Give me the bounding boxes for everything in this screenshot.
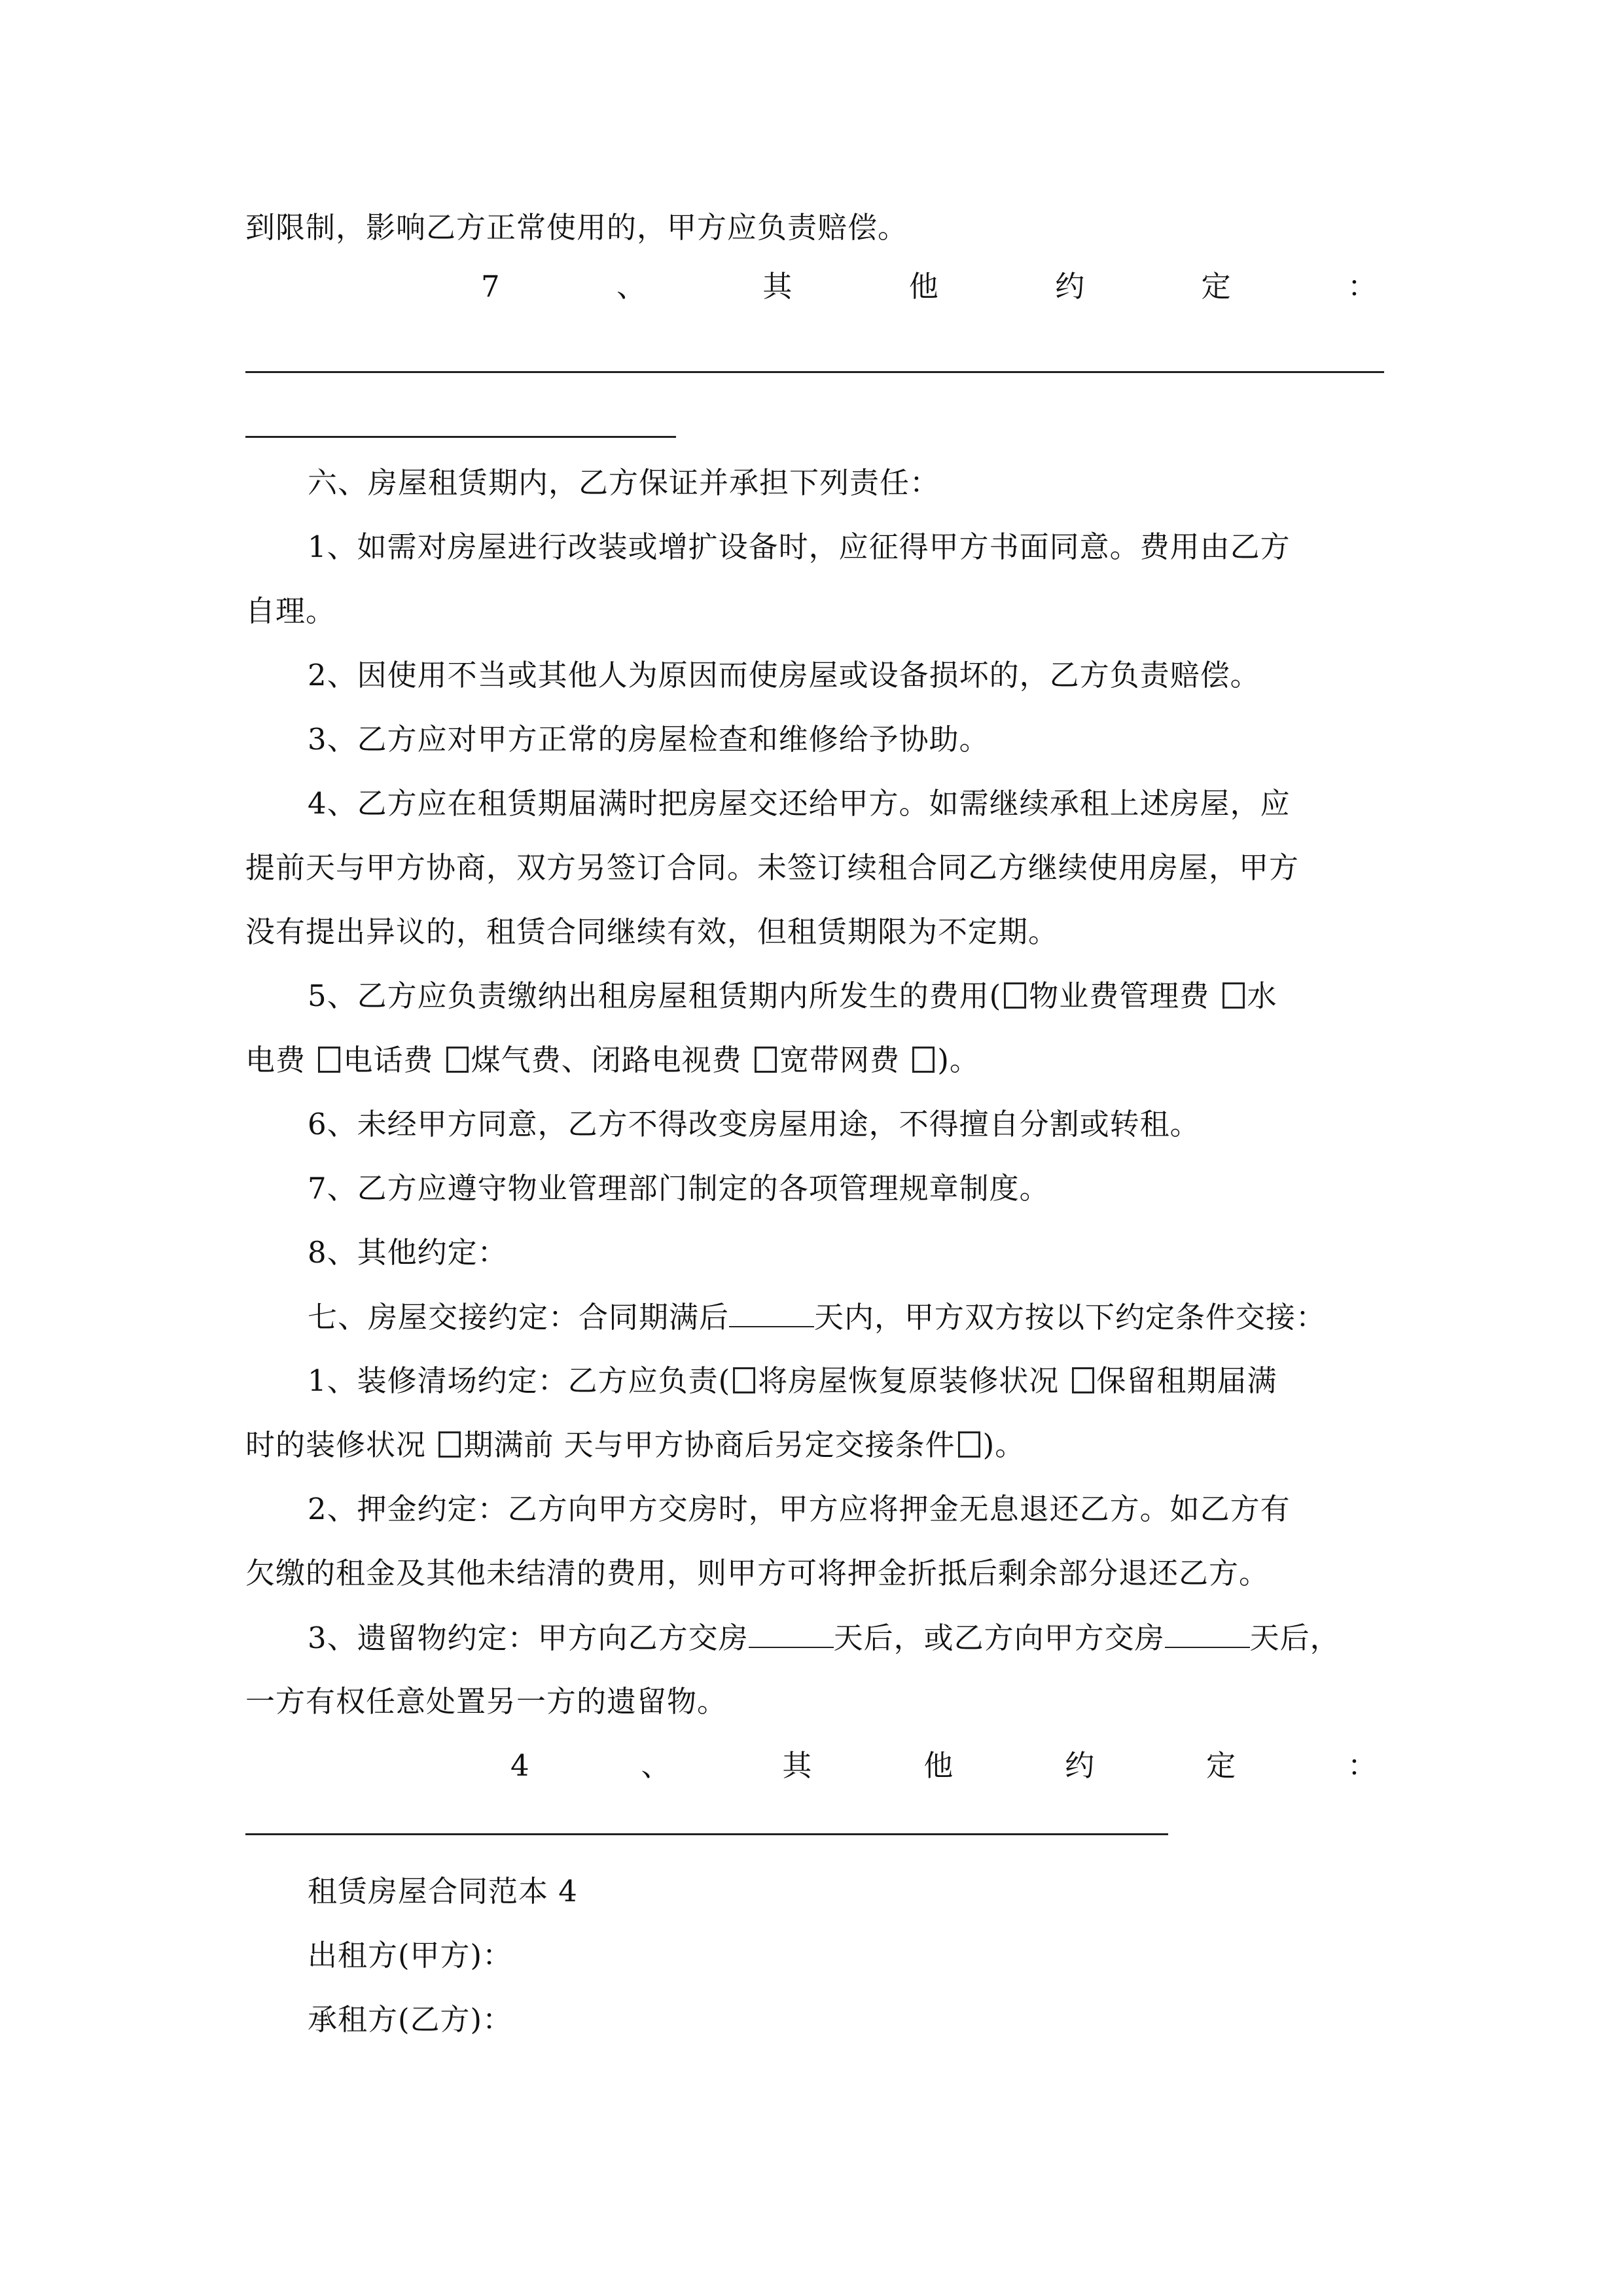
lessor-label: 出租方(甲方)： <box>308 1936 1378 1975</box>
section-7-item-3-cont: 一方有权任意处置另一方的遗留物。 <box>245 1682 1378 1721</box>
spread-char: 其 <box>782 1746 812 1785</box>
fill-in-blank[interactable] <box>729 1297 814 1327</box>
section-7-item-1: 1、装修清场约定：乙方应负责(将房屋恢复原装修状况 保留租期届满 <box>308 1361 1378 1401</box>
spread-char: 、 <box>641 1746 671 1785</box>
checkbox-label: 水 <box>1247 978 1277 1013</box>
checkbox-label: 宽带网费 <box>779 1043 900 1077</box>
spread-char: 定 <box>1202 267 1232 306</box>
checkbox-label: 物业费管理费 <box>1029 978 1209 1013</box>
fill-in-line[interactable] <box>245 1833 1168 1835</box>
item-text: 七、房屋交接约定：合同期满后 <box>308 1300 729 1335</box>
section-6-item-4: 4、乙方应在租赁期届满时把房屋交还给甲方。如需继续承租上述房屋，应 <box>308 784 1378 823</box>
item-text: 天后， <box>1250 1621 1340 1655</box>
fill-in-line[interactable] <box>245 371 1384 373</box>
other-agreement-7-heading: 7 、 其 他 约 定 ： <box>245 267 1378 306</box>
lessee-label: 承租方(乙方)： <box>308 2000 1378 2039</box>
checkbox-label: 保留租期届满 <box>1097 1363 1277 1398</box>
section-7-item-3: 3、遗留物约定：甲方向乙方交房天后，或乙方向甲方交房天后， <box>308 1618 1378 1658</box>
spread-char: 7 <box>481 267 501 306</box>
paragraph-line: 到限制，影响乙方正常使用的，甲方应负责赔偿。 <box>245 208 1378 247</box>
checkbox-label: 电话费 <box>343 1043 433 1077</box>
item-text: 天后，或乙方向甲方交房 <box>834 1621 1165 1655</box>
checkbox[interactable] <box>958 1431 980 1458</box>
checkbox[interactable] <box>1072 1367 1094 1393</box>
checkbox[interactable] <box>438 1431 461 1458</box>
item-text: )。 <box>983 1427 1026 1462</box>
section-6-item-1: 1、如需对房屋进行改装或增扩设备时，应征得甲方书面同意。费用由乙方 <box>308 528 1378 567</box>
checkbox[interactable] <box>1222 982 1245 1009</box>
checkbox[interactable] <box>912 1047 935 1073</box>
spread-char: 其 <box>762 267 793 306</box>
document-page: 到限制，影响乙方正常使用的，甲方应负责赔偿。 7 、 其 他 约 定 ： 六、房… <box>0 0 1623 2296</box>
item-text: 天内，甲方双方按以下约定条件交接： <box>814 1300 1326 1335</box>
spread-char: ： <box>1347 1746 1378 1785</box>
item-text: 5、乙方应负责缴纳出租房屋租赁期内所发生的费用( <box>308 978 1001 1013</box>
section-6-item-2: 2、因使用不当或其他人为原因而使房屋或设备损坏的，乙方负责赔偿。 <box>308 656 1378 695</box>
checkbox[interactable] <box>318 1047 340 1073</box>
section-7-item-2-cont: 欠缴的租金及其他未结清的费用，则甲方可将押金折抵后剩余部分退还乙方。 <box>245 1554 1378 1593</box>
checkbox[interactable] <box>755 1047 777 1073</box>
section-7-item-2: 2、押金约定：乙方向甲方交房时，甲方应将押金无息退还乙方。如乙方有 <box>308 1490 1378 1529</box>
checkbox-label: 期满前 天与甲方协商后另定交接条件 <box>463 1427 955 1462</box>
section-7-item-1-cont: 时的装修状况 期满前 天与甲方协商后另定交接条件)。 <box>245 1426 1378 1465</box>
section-7-heading: 七、房屋交接约定：合同期满后天内，甲方双方按以下约定条件交接： <box>308 1297 1378 1337</box>
contract-4-title: 租赁房屋合同范本 4 <box>308 1872 1378 1911</box>
fill-in-blank[interactable] <box>749 1618 834 1648</box>
section-6-item-3: 3、乙方应对甲方正常的房屋检查和维修给予协助。 <box>308 720 1378 759</box>
checkbox[interactable] <box>733 1367 755 1393</box>
other-agreement-4-heading: 4 、 其 他 约 定 ： <box>245 1746 1378 1785</box>
section-6-item-6: 6、未经甲方同意，乙方不得改变房屋用途，不得擅自分割或转租。 <box>308 1105 1378 1144</box>
item-text: 3、遗留物约定：甲方向乙方交房 <box>308 1621 749 1655</box>
checkbox-label: 时的装修状况 <box>245 1427 426 1462</box>
section-6-item-5: 5、乙方应负责缴纳出租房屋租赁期内所发生的费用(物业费管理费 水 <box>308 977 1378 1016</box>
fill-in-line[interactable] <box>245 436 676 438</box>
checkbox-label: 电费 <box>245 1043 306 1077</box>
spread-char: 他 <box>923 1746 954 1785</box>
item-text: )。 <box>937 1043 980 1077</box>
section-6-item-8: 8、其他约定： <box>308 1233 1378 1272</box>
spread-char: 约 <box>1055 267 1085 306</box>
spread-char: 4 <box>510 1746 530 1785</box>
checkbox[interactable] <box>446 1047 469 1073</box>
section-6-item-5-cont: 电费 电话费 煤气费、闭路电视费 宽带网费 )。 <box>245 1041 1378 1080</box>
spread-char: 他 <box>909 267 939 306</box>
checkbox[interactable] <box>1004 982 1026 1009</box>
checkbox-label: 将房屋恢复原装修状况 <box>758 1363 1059 1398</box>
spread-char: 定 <box>1206 1746 1236 1785</box>
item-text: 1、装修清场约定：乙方应负责( <box>308 1363 730 1398</box>
section-6-heading: 六、房屋租赁期内，乙方保证并承担下列责任： <box>308 463 1378 503</box>
section-6-item-4-cont: 没有提出异议的，租赁合同继续有效，但租赁期限为不定期。 <box>245 912 1378 952</box>
spread-char: 、 <box>616 267 647 306</box>
checkbox-label: 煤气费、闭路电视费 <box>471 1043 742 1077</box>
section-6-item-7: 7、乙方应遵守物业管理部门制定的各项管理规章制度。 <box>308 1169 1378 1208</box>
section-6-item-4-cont: 提前天与甲方协商，双方另签订合同。未签订续租合同乙方继续使用房屋，甲方 <box>245 848 1378 888</box>
section-6-item-1-cont: 自理。 <box>245 592 1378 631</box>
spread-char: ： <box>1347 267 1378 306</box>
fill-in-blank[interactable] <box>1165 1618 1250 1648</box>
spread-char: 约 <box>1065 1746 1095 1785</box>
